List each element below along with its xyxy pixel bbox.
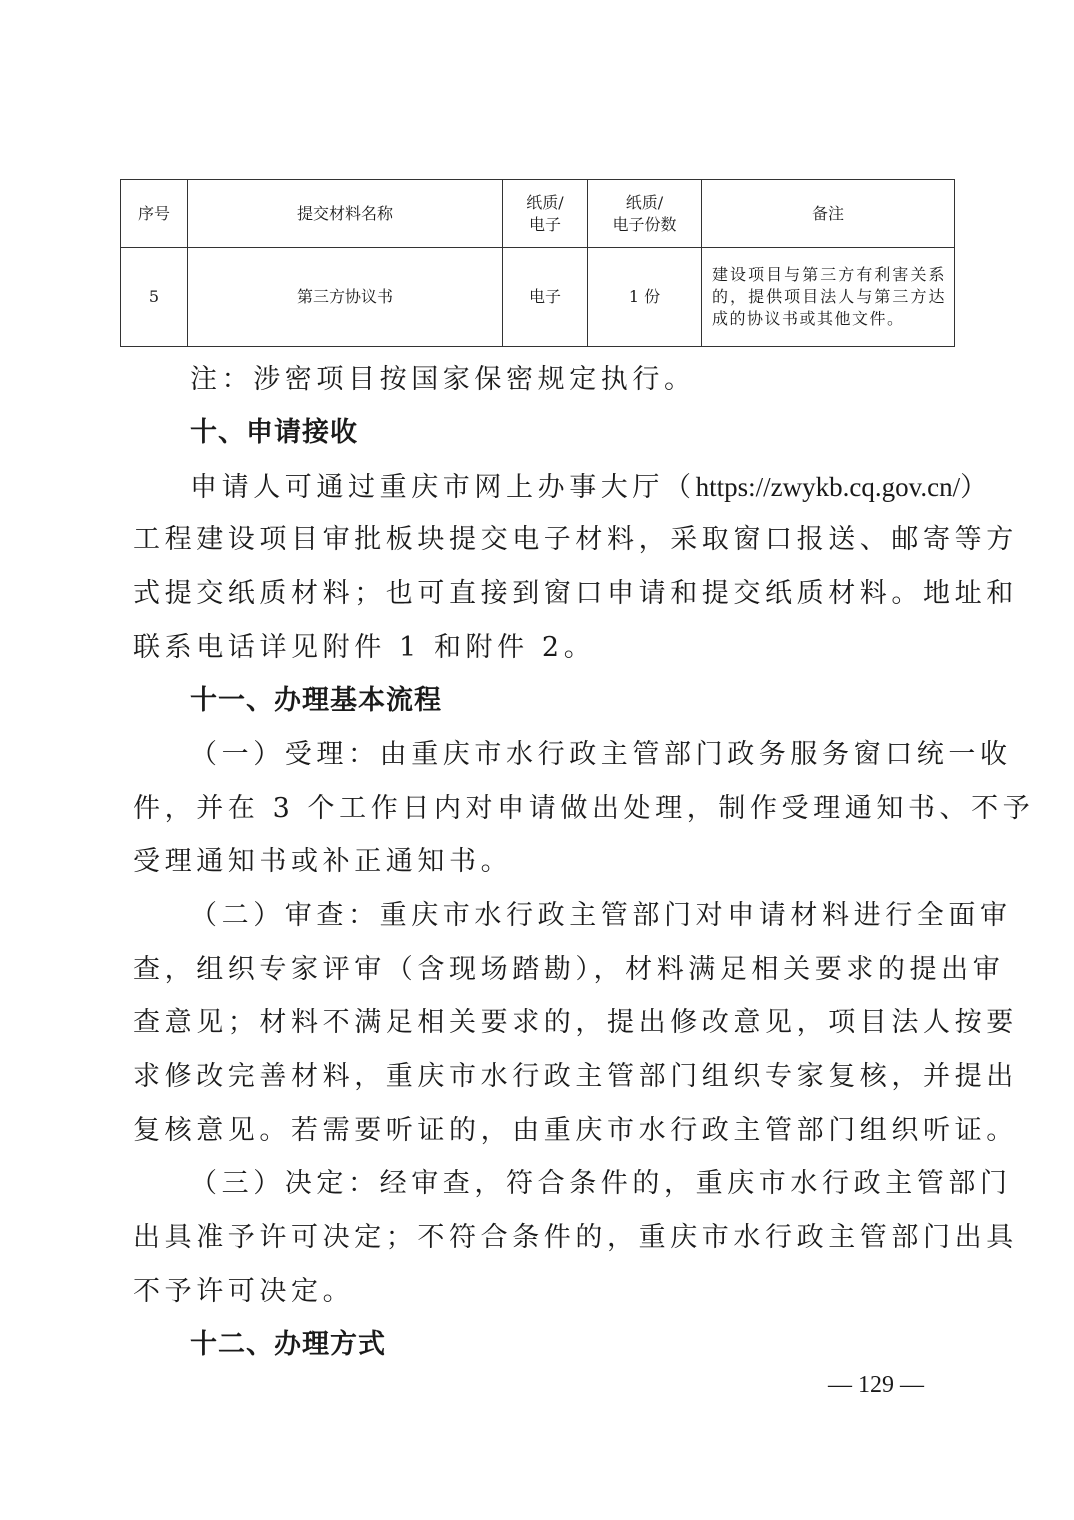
header-copies-line1: 纸质/ [588, 192, 701, 214]
paragraph-line: 复核意见。若需要听证的，由重庆市水行政主管部门组织听证。 [133, 1115, 945, 1147]
header-copies-line2: 电子份数 [588, 214, 701, 236]
paragraph-line: 联系电话详见附件 1 和附件 2。 [133, 632, 945, 664]
cell-remark: 建设项目与第三方有利害关系的，提供项目法人与第三方达成的协议书或其他文件。 [702, 248, 955, 347]
paragraph-line: 求修改完善材料，重庆市水行政主管部门组织专家复核，并提出 [133, 1061, 945, 1093]
header-index: 序号 [121, 180, 188, 248]
header-remark: 备注 [702, 180, 955, 248]
paragraph-line: 查，组织专家评审（含现场踏勘），材料满足相关要求的提出审 [133, 954, 945, 986]
header-format-line2: 电子 [503, 214, 587, 236]
document-page: 序号 提交材料名称 纸质/ 电子 纸质/ 电子份数 备注 5 第三方协议书 电子… [0, 0, 1074, 1520]
paragraph-line: （一）受理：由重庆市水行政主管部门政务服务窗口统一收 [190, 739, 945, 771]
section-heading-12: 十二、办理方式 [190, 1329, 386, 1361]
cell-format: 电子 [503, 248, 588, 347]
table-header-row: 序号 提交材料名称 纸质/ 电子 纸质/ 电子份数 备注 [121, 180, 955, 248]
website-link[interactable]: https://zwykb.cq.gov.cn/ [696, 472, 960, 502]
cell-index: 5 [121, 248, 188, 347]
paragraph-line: 申请人可通过重庆市网上办事大厅（https://zwykb.cq.gov.cn/… [190, 471, 945, 504]
paragraph-line: 工程建设项目审批板块提交电子材料，采取窗口报送、邮寄等方 [133, 524, 945, 556]
cell-copies: 1 份 [588, 248, 702, 347]
paragraph-line: 式提交纸质材料；也可直接到窗口申请和提交纸质材料。地址和 [133, 578, 945, 610]
paragraph-line: 受理通知书或补正通知书。 [133, 846, 945, 878]
paragraph-line: （三）决定：经审查，符合条件的，重庆市水行政主管部门 [190, 1168, 945, 1200]
paragraph-line: （二）审查：重庆市水行政主管部门对申请材料进行全面审 [190, 900, 945, 932]
header-format: 纸质/ 电子 [503, 180, 588, 248]
text-span: 申请人可通过重庆市网上办事大厅（ [190, 472, 696, 503]
section-heading-10: 十、申请接收 [190, 417, 358, 449]
materials-table: 序号 提交材料名称 纸质/ 电子 纸质/ 电子份数 备注 5 第三方协议书 电子… [120, 179, 955, 347]
paragraph-line: 查意见；材料不满足相关要求的，提出修改意见，项目法人按要 [133, 1007, 945, 1039]
header-copies: 纸质/ 电子份数 [588, 180, 702, 248]
page-number: — 129 — [828, 1370, 924, 1400]
text-span: ） [960, 472, 992, 503]
header-format-line1: 纸质/ [503, 192, 587, 214]
header-material-name: 提交材料名称 [188, 180, 503, 248]
cell-material-name: 第三方协议书 [188, 248, 503, 347]
paragraph-line: 件，并在 3 个工作日内对申请做出处理，制作受理通知书、不予 [133, 793, 945, 825]
paragraph-line: 不予许可决定。 [133, 1276, 945, 1308]
table-row: 5 第三方协议书 电子 1 份 建设项目与第三方有利害关系的，提供项目法人与第三… [121, 248, 955, 347]
secrecy-note: 注：涉密项目按国家保密规定执行。 [190, 364, 945, 396]
section-heading-11: 十一、办理基本流程 [190, 685, 442, 717]
paragraph-line: 出具准予许可决定；不符合条件的，重庆市水行政主管部门出具 [133, 1222, 945, 1254]
